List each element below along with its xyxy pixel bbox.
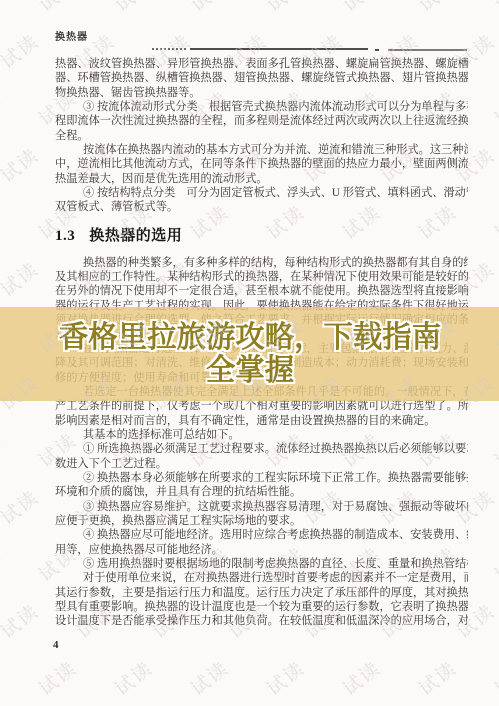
text-line: 影响因素是相对而言的，具有不确定性，通常是由设置换热器的目的来确定。 — [55, 414, 468, 428]
trial-read-watermark: 试读 — [184, 0, 234, 17]
promo-banner-overlay: 香格里拉旅游攻略，下载指南 全掌握 — [0, 307, 499, 401]
trial-read-watermark: 试读 — [488, 426, 499, 473]
text-line: 产工艺条件的前提下，仅考虑一个或几个相对重要的影响因素就可以进行选型了。所谓重要 — [55, 399, 468, 413]
trial-read-watermark: 试读 — [0, 0, 6, 17]
trial-read-watermark: 试读 — [488, 84, 499, 131]
trial-read-watermark: 试读 — [184, 654, 234, 701]
trial-read-watermark: 试读 — [0, 27, 44, 74]
text-line: ④ 按结构特点分类 可分为固定管板式、浮头式、U 形管式、填料函式、滑动管板式、 — [55, 186, 468, 200]
text-line: 热温差最大，因而是优先选用的流动形式。 — [55, 172, 468, 186]
text-line: 数进入下个工艺过程。 — [55, 457, 468, 471]
text-line: ⑤ 选用换热器时要根据场地的限制考虑换热器的直径、长度、重量和换热管结构等。 — [55, 557, 468, 571]
text-line: 型具有重要影响。换热器的设计温度也是一个较为重要的运行参数，它表明了换热器材料在 — [55, 600, 468, 614]
text-line: 器、环槽管换热器、纵槽管换热器、翅管换热器、螺旋绕管式换热器、翅片管换热器、内插 — [55, 71, 468, 85]
text-line: 双管板式、薄管板式等。 — [55, 200, 468, 214]
text-line: 其运行参数，主要是指运行压力和温度。运行压力决定了承压部件的厚度，其对换热器的选 — [55, 586, 468, 600]
text-line: 环境和介质的腐蚀，并且具有合理的抗结垢性能。 — [55, 485, 468, 499]
page-number: 4 — [53, 639, 59, 651]
text-line: 中，逆流相比其他流动方式，在同等条件下换热器的壁面的热应力最小，壁面两侧流体的传 — [55, 157, 468, 171]
text-line: 按流体在换热器内流动的基本方式可分为并流、逆流和错流三种形式。这三种流动形式 — [55, 143, 468, 157]
text-line: 全程。 — [55, 129, 468, 143]
trial-read-watermark: 试读 — [260, 654, 310, 701]
text-line: 设计温度下是否能承受操作压力和其他负荷。在较低温度和低温深冷的应用场合，对材料韧 — [55, 614, 468, 628]
trial-read-watermark: 试读 — [0, 483, 44, 530]
trial-read-watermark: 试读 — [0, 426, 6, 473]
trial-read-watermark: 试读 — [488, 540, 499, 587]
text-line: 用等，应使换热器尽可能地经济。 — [55, 543, 468, 557]
header-rule-dot — [375, 49, 379, 51]
trial-read-watermark: 试读 — [32, 0, 82, 17]
header-rule-dots — [152, 48, 186, 50]
promo-banner-title-line2: 全掌握 — [205, 354, 293, 387]
text-line: ② 换热器本身必须能够在所要求的工程实际环境下正常工作。换热器需要能够抗工作 — [55, 471, 468, 485]
trial-read-watermark: 试读 — [0, 597, 44, 644]
trial-read-watermark: 试读 — [488, 0, 499, 17]
section-number: 1.3 — [55, 228, 75, 244]
text-line: 换热器的种类繁多，有多种多样的结构，每种结构形式的换热器都有其自身的结构特点 — [55, 256, 468, 270]
trial-read-watermark: 试读 — [108, 0, 158, 17]
trial-read-watermark: 试读 — [108, 654, 158, 701]
text-line: ③ 换热器应容易维护。这就要求换热器容易清理，对于易腐蚀、强振动等破坏的元件 — [55, 500, 468, 514]
trial-read-watermark: 试读 — [0, 654, 6, 701]
text-line: 及其相应的工作特性。某种结构形式的换热器，在某种情况下使用效果可能是较好的，但是 — [55, 270, 468, 284]
text-line: 对于使用单位来说，在对换热器进行选型时首要考虑的因素并不一定是费用，而往往是 — [55, 571, 468, 585]
header-rule — [190, 48, 368, 50]
section-title: 换热器的选用 — [89, 228, 182, 244]
section-heading: 1.3换热器的选用 — [55, 227, 468, 245]
header-rule-right — [388, 49, 467, 51]
trial-read-watermark: 试读 — [0, 255, 44, 302]
promo-banner-title-line1: 香格里拉旅游攻略，下载指南 — [58, 321, 440, 354]
text-line: 其基本的选择标准可总结如下。 — [55, 428, 468, 442]
trial-read-watermark: 试读 — [32, 654, 82, 701]
text-line: ③ 按流体流动形式分类 根据管壳式换热器内流体流动形式可以分为单程与多程。单 — [55, 100, 468, 114]
text-line: 程即流体一次性流过换热器的全程，而多程则是流体经过两次或两次以上往返流经换热器 — [55, 114, 468, 128]
trial-read-watermark: 试读 — [412, 0, 462, 17]
paragraphs-before-heading: 热器、波纹管换热器、异形管换热器、表面多孔管换热器、螺旋扁管换热器、螺旋槽管换热… — [55, 57, 468, 215]
text-line: 在另外的情况下使用却不一定很合适，甚至根本就不能使用。换热器选型将直接影响到换热 — [55, 284, 468, 298]
trial-read-watermark: 试读 — [0, 141, 44, 188]
trial-read-watermark: 试读 — [0, 84, 6, 131]
trial-read-watermark: 试读 — [260, 0, 310, 17]
trial-read-watermark: 试读 — [412, 654, 462, 701]
trial-read-watermark: 试读 — [336, 0, 386, 17]
text-line: ④ 换热器应尽可能地经济。选用时应综合考虑换热器的制造成本、安装费用、维护费 — [55, 528, 468, 542]
trial-read-watermark: 试读 — [488, 654, 499, 701]
running-header: 换热器 — [55, 28, 88, 43]
trial-read-watermark: 试读 — [488, 198, 499, 245]
text-line: 应便于更换，换热器应满足工程实际场地的要求。 — [55, 514, 468, 528]
trial-read-watermark: 试读 — [336, 654, 386, 701]
text-line: 物换热器、锯齿管换热器等。 — [55, 86, 468, 100]
trial-read-watermark: 试读 — [0, 198, 6, 245]
text-line: ① 所选换热器必须满足工艺过程要求。流体经过换热器换热以后必须能够以要求的参 — [55, 442, 468, 456]
text-line: 热器、波纹管换热器、异形管换热器、表面多孔管换热器、螺旋扁管换热器、螺旋槽管换热 — [55, 57, 468, 71]
trial-read-watermark: 试读 — [0, 540, 6, 587]
scanned-document-page: 换热器 热器、波纹管换热器、异形管换热器、表面多孔管换热器、螺旋扁管换热器、螺旋… — [0, 0, 499, 706]
